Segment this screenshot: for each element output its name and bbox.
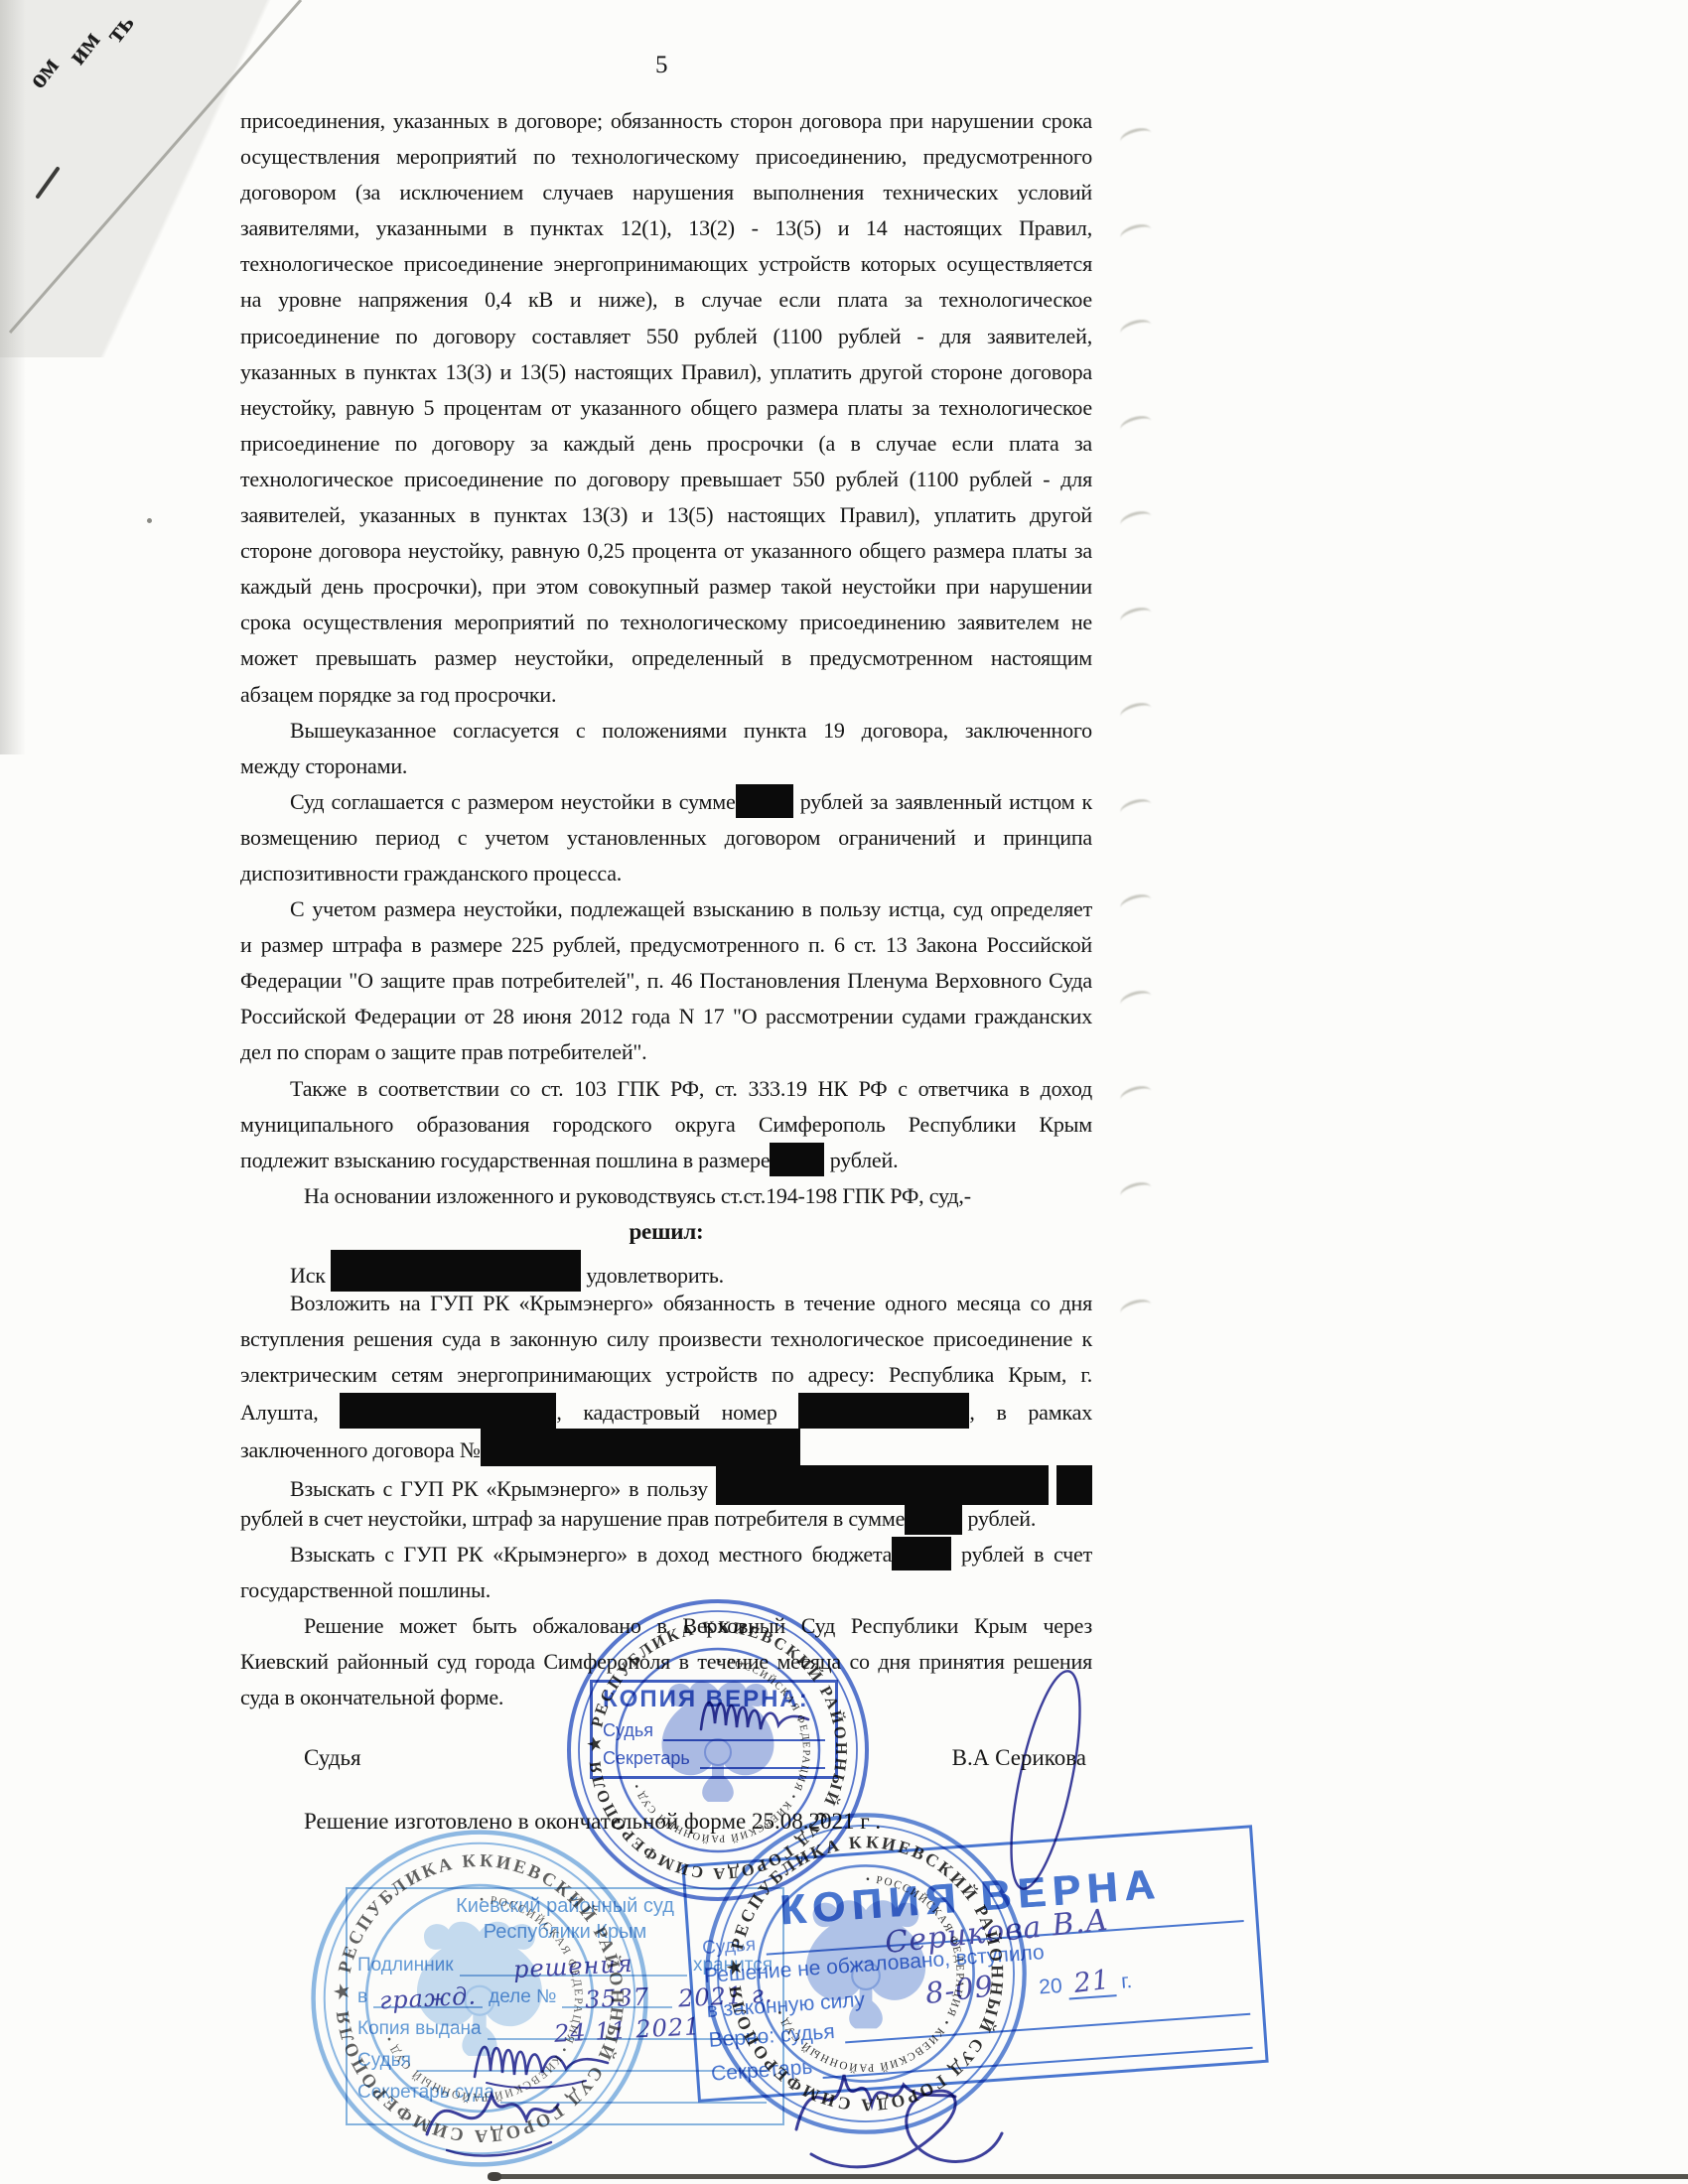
redaction-bar bbox=[892, 1537, 951, 1570]
text-line: между сторонами. bbox=[240, 749, 1092, 784]
margin-smudge bbox=[1118, 317, 1153, 341]
scanned-court-decision-page: { "page": { "number": "5" }, "corner": {… bbox=[0, 0, 1688, 2184]
stamp-label: Подлинник bbox=[357, 1955, 454, 1977]
text-line: Алушта, , кадастровый номер , в рамках bbox=[240, 1393, 1092, 1429]
signature-line: гражд. bbox=[373, 1986, 483, 2008]
text-line: может превышать размер неустойки, опреде… bbox=[240, 640, 1092, 676]
margin-smudge bbox=[1118, 125, 1153, 149]
handwritten-year: 21 bbox=[1072, 1967, 1111, 1997]
redaction-bar bbox=[770, 1143, 824, 1176]
text-line: Возложить на ГУП РК «Крымэнерго» обязанн… bbox=[240, 1286, 1092, 1321]
text-line: на уровне напряжения 0,4 кВ и ниже), в с… bbox=[240, 282, 1092, 318]
margin-smudge bbox=[1118, 1297, 1153, 1320]
text-line: заключенного договора № bbox=[240, 1429, 1092, 1464]
secretary-signature bbox=[417, 2065, 566, 2169]
margin-smudge bbox=[1118, 1083, 1153, 1107]
stamp-judge-label: Судья bbox=[357, 2050, 411, 2072]
stamp-secretary-row: Секретарь bbox=[603, 1748, 825, 1769]
scan-bottom-edge bbox=[493, 2174, 1688, 2179]
redaction-bar bbox=[905, 1501, 962, 1535]
handwriting: 3537 bbox=[584, 1984, 649, 2011]
text-line: диспозитивности гражданского процесса. bbox=[240, 856, 1092, 891]
pen-loop-stroke bbox=[988, 1656, 1107, 1904]
stamp-label: деле № bbox=[489, 1986, 556, 2008]
text-line: абзацем порядке за год просрочки. bbox=[240, 677, 1092, 713]
text-line: Также в соответствии со ст. 103 ГПК РФ, … bbox=[240, 1071, 1092, 1107]
scan-speck bbox=[147, 518, 152, 523]
text-line: Вышеуказанное согласуется с положениями … bbox=[240, 713, 1092, 749]
stamp-secretary-label: Секретарь bbox=[603, 1748, 690, 1769]
stamp-label: г. bbox=[1120, 1970, 1133, 1993]
text-line: срока осуществления мероприятий по техно… bbox=[240, 605, 1092, 640]
text-line: рублей в счет неустойки, штраф за наруше… bbox=[240, 1501, 1092, 1537]
stamp-judge-label: Судья bbox=[702, 1934, 757, 1960]
judge-label: Судья bbox=[304, 1745, 361, 1771]
handwriting: решения bbox=[512, 1952, 633, 1981]
text-line: Федерации "О защите прав потребителей", … bbox=[240, 963, 1092, 999]
margin-smudge bbox=[1118, 891, 1153, 915]
secretary-signature-flourish bbox=[799, 2070, 1013, 2184]
text-line: Суд соглашается с размером неустойки в с… bbox=[240, 784, 1092, 820]
redaction-bar bbox=[798, 1393, 969, 1429]
text-line: неустойку, равную 5 процентам от указанн… bbox=[240, 390, 1092, 426]
redaction-bar bbox=[340, 1393, 556, 1429]
text-line: заявителей, указанных в пунктах 13(3) и … bbox=[240, 497, 1092, 533]
text-line: присоединение по договору составляет 550… bbox=[240, 319, 1092, 354]
text-line: технологическое присоединение энергоприн… bbox=[240, 246, 1092, 282]
margin-smudge bbox=[1118, 413, 1153, 437]
text-line: присоединения, указанных в договоре; обя… bbox=[240, 103, 1092, 139]
text-line: указанных в пунктах 13(3) и 13(5) настоя… bbox=[240, 354, 1092, 390]
text-line: Взыскать с ГУП РК «Крымэнерго» в пользу bbox=[240, 1465, 1092, 1501]
text-line: каждый день просрочки), при этом совокуп… bbox=[240, 569, 1092, 605]
handwritten-date: 8-09 bbox=[923, 1972, 995, 2008]
signature-line: решения bbox=[460, 1955, 687, 1977]
body-lines: присоединения, указанных в договоре; обя… bbox=[240, 103, 1092, 1715]
redaction-bar bbox=[481, 1429, 800, 1466]
text-line: Взыскать с ГУП РК «Крымэнерго» в доход м… bbox=[240, 1537, 1092, 1572]
text-line: Иск удовлетворить. bbox=[240, 1250, 1092, 1286]
text-line: присоединение по договору за каждый день… bbox=[240, 426, 1092, 462]
text-line: электрическим сетям энергопринимающих ус… bbox=[240, 1357, 1092, 1393]
stamp-label: Копия выдана bbox=[357, 2018, 482, 2040]
stamp-label: 20 bbox=[1039, 1975, 1063, 1999]
text-line: дел по спорам о защите прав потребителей… bbox=[240, 1034, 1092, 1070]
text-line: вступления решения суда в законную силу … bbox=[240, 1321, 1092, 1357]
text-line: и размер штрафа в размере 225 рублей, пр… bbox=[240, 927, 1092, 963]
judge-signature bbox=[695, 1686, 818, 1741]
redaction-bar bbox=[736, 784, 793, 818]
margin-smudge bbox=[1118, 605, 1153, 628]
signature-line bbox=[700, 1749, 825, 1769]
text-line: осуществления мероприятий по технологиче… bbox=[240, 139, 1092, 175]
margin-smudge bbox=[1118, 796, 1153, 820]
handwriting: гражд. bbox=[379, 1983, 478, 2012]
margin-smudge bbox=[1118, 1179, 1153, 1203]
text-line: заявителями, указанными в пунктах 12(1),… bbox=[240, 210, 1092, 246]
margin-smudge bbox=[1118, 700, 1153, 724]
redaction-bar bbox=[1056, 1465, 1092, 1505]
page-number: 5 bbox=[655, 52, 668, 79]
text-line: Российской Федерации от 28 июня 2012 год… bbox=[240, 999, 1092, 1034]
stamp-judge-label: Судья bbox=[603, 1720, 653, 1741]
margin-smudge bbox=[1118, 508, 1153, 532]
margin-smudge bbox=[1118, 988, 1153, 1012]
margin-smudge bbox=[1118, 221, 1153, 245]
redaction-bar bbox=[716, 1465, 1049, 1505]
text-line: договором (за исключением случаев наруше… bbox=[240, 175, 1092, 210]
text-line: технологическое присоединение по договор… bbox=[240, 462, 1092, 497]
text-line: муниципального образования городского ок… bbox=[240, 1107, 1092, 1143]
text-line: решил: bbox=[240, 1214, 1092, 1250]
text-line: На основании изложенного и руководствуяс… bbox=[240, 1178, 1092, 1214]
stamp-label: в законную силу bbox=[706, 1988, 866, 2022]
text-line: возмещению период с учетом установленных… bbox=[240, 820, 1092, 856]
text-line: стороне договора неустойку, равную 0,25 … bbox=[240, 533, 1092, 569]
signature-line: 3537 bbox=[562, 1986, 671, 2008]
text-line: С учетом размера неустойки, подлежащей в… bbox=[240, 891, 1092, 927]
text-line: подлежит взысканию государственная пошли… bbox=[240, 1143, 1092, 1178]
stamp-label: в bbox=[357, 1986, 367, 2008]
stamp-copy-verna-big: КОПИЯ ВЕРНА Судья Серикова В.А Решение н… bbox=[681, 1825, 1268, 2103]
